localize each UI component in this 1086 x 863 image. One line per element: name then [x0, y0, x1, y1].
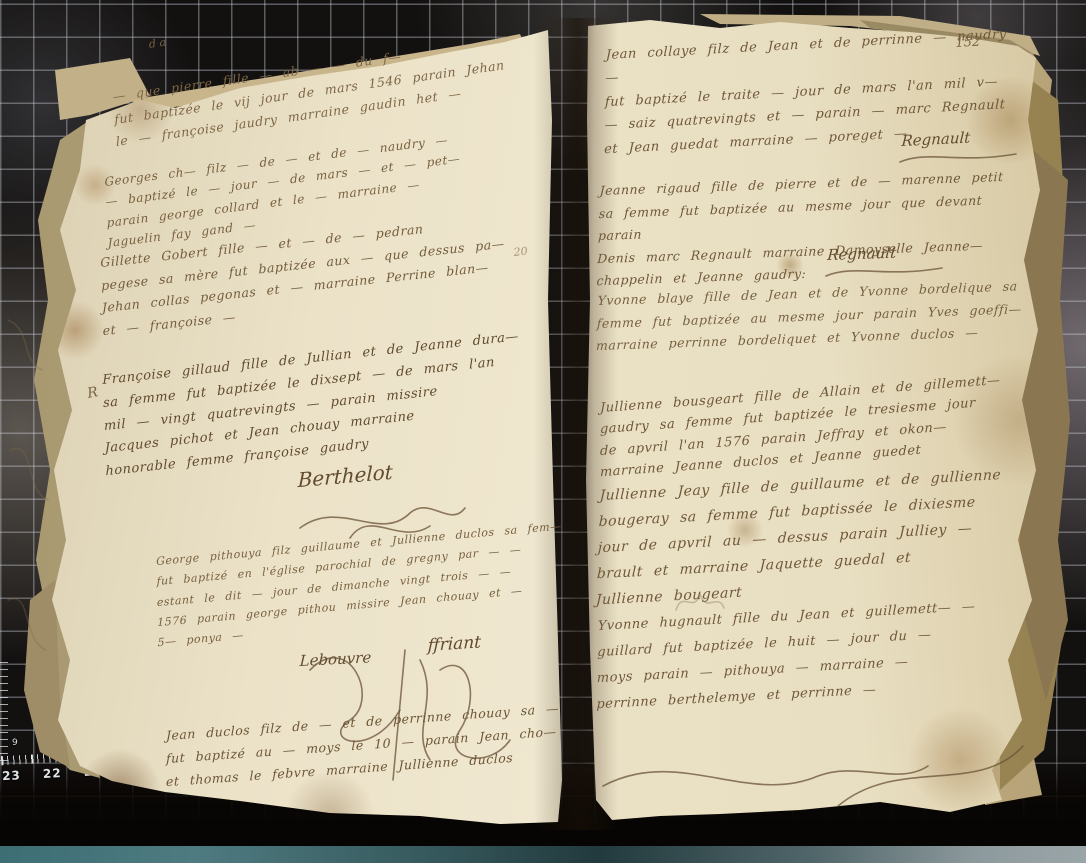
signature-regnault-1: Regnault [901, 128, 971, 150]
signature-flourish [898, 148, 1018, 166]
register-entry: Yvonne blaye fille de Jean et de Yvonne … [596, 275, 1038, 358]
register-entry: Yvonne hugnault fille du Jean et guillem… [596, 591, 1037, 718]
right-page-text: 152 Jean collaye filz de Jean et de perr… [0, 0, 1086, 863]
register-entry: Jeanne rigaud fille de pierre et de — ma… [596, 165, 1030, 293]
signature-flourish [824, 262, 944, 280]
bottom-pen-flourishes [598, 726, 1028, 816]
manuscript-photo: 23 22 21 9 d a R 20 — que pierre fille —… [0, 0, 1086, 863]
register-entry: Jullienne Jeay fille de guillaume et de … [595, 461, 1029, 613]
signature-regnault-2: Regnault [827, 244, 897, 264]
ink-smudge-mark [668, 580, 728, 620]
